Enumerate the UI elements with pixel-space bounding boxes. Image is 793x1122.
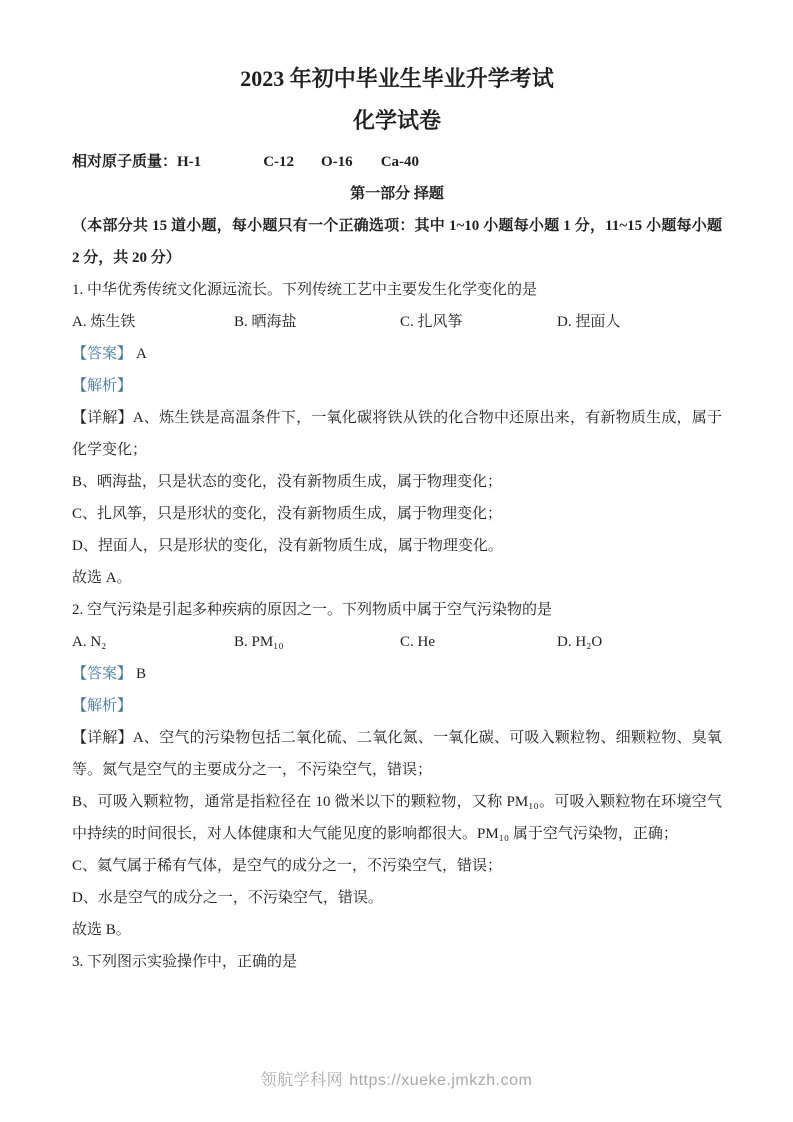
detail-line: D、捏面人，只是形状的变化，没有新物质生成，属于物理变化。	[72, 530, 722, 562]
footer-site-name: 领航学科网	[261, 1072, 344, 1089]
question-2: 2. 空气污染是引起多种疾病的原因之一。下列物质中属于空气污染物的是 A. N₂…	[72, 594, 722, 946]
analysis-line: 【解析】	[72, 370, 722, 402]
detail-line: 【详解】A、炼生铁是高温条件下，一氧化碳将铁从铁的化合物中还原出来，有新物质生成…	[72, 402, 722, 466]
footer-watermark: 领航学科网https://xueke.jmkzh.com	[0, 1067, 793, 1090]
question-stem: 3. 下列图示实验操作中，正确的是	[72, 946, 722, 978]
document-title: 2023 年初中毕业生毕业升学考试	[72, 64, 722, 94]
analysis-label: 【解析】	[72, 698, 132, 714]
analysis-line: 【解析】	[72, 690, 722, 722]
option-a: A. 炼生铁	[72, 306, 234, 338]
footer-url: https://xueke.jmkzh.com	[349, 1072, 532, 1089]
atomic-mass-c: C-12	[263, 154, 294, 170]
answer-line: 【答案】B	[72, 658, 722, 690]
question-stem: 1. 中华优秀传统文化源远流长。下列传统工艺中主要发生化学变化的是	[72, 274, 722, 306]
option-d: D. 捏面人	[557, 306, 722, 338]
atomic-mass-ca: Ca-40	[381, 154, 419, 170]
detail-conclusion: 故选 B。	[72, 914, 722, 946]
answer-label: 【答案】	[72, 346, 132, 362]
answer-value: B	[136, 666, 146, 682]
question-stem: 2. 空气污染是引起多种疾病的原因之一。下列物质中属于空气污染物的是	[72, 594, 722, 626]
document-subtitle: 化学试卷	[72, 106, 722, 136]
answer-label: 【答案】	[72, 666, 132, 682]
detail-line: 【详解】A、空气的污染物包括二氧化硫、二氧化氮、一氧化碳、可吸入颗粒物、细颗粒物…	[72, 722, 722, 786]
options-row: A. 炼生铁 B. 晒海盐 C. 扎风筝 D. 捏面人	[72, 306, 722, 338]
option-b: B. 晒海盐	[234, 306, 400, 338]
option-d: D. H₂O	[557, 626, 722, 658]
atomic-mass-line: 相对原子质量：H-1C-12O-16Ca-40	[72, 146, 722, 178]
atomic-mass-label: 相对原子质量：	[72, 154, 177, 170]
option-c: C. 扎风筝	[400, 306, 557, 338]
detail-line: C、氦气属于稀有气体，是空气的成分之一，不污染空气，错误；	[72, 850, 722, 882]
detail-line: B、晒海盐，只是状态的变化，没有新物质生成，属于物理变化；	[72, 466, 722, 498]
options-row: A. N₂ B. PM₁₀ C. He D. H₂O	[72, 626, 722, 658]
detail-line: B、可吸入颗粒物，通常是指粒径在 10 微米以下的颗粒物，又称 PM₁₀。可吸入…	[72, 786, 722, 850]
answer-line: 【答案】A	[72, 338, 722, 370]
answer-value: A	[136, 346, 147, 362]
atomic-mass-o: O-16	[321, 154, 353, 170]
question-1: 1. 中华优秀传统文化源远流长。下列传统工艺中主要发生化学变化的是 A. 炼生铁…	[72, 274, 722, 594]
section-header: 第一部分 择题	[72, 178, 722, 210]
detail-line: C、扎风筝，只是形状的变化，没有新物质生成，属于物理变化；	[72, 498, 722, 530]
question-3: 3. 下列图示实验操作中，正确的是	[72, 946, 722, 978]
option-b: B. PM₁₀	[234, 626, 400, 658]
option-a: A. N₂	[72, 626, 234, 658]
atomic-mass-h: H-1	[177, 154, 201, 170]
exam-document-page: 2023 年初中毕业生毕业升学考试 化学试卷 相对原子质量：H-1C-12O-1…	[0, 0, 793, 1122]
option-c: C. He	[400, 626, 557, 658]
detail-line: D、水是空气的成分之一，不污染空气，错误。	[72, 882, 722, 914]
detail-conclusion: 故选 A。	[72, 562, 722, 594]
analysis-label: 【解析】	[72, 378, 132, 394]
section-note: （本部分共 15 道小题，每小题只有一个正确选项：其中 1~10 小题每小题 1…	[72, 210, 722, 274]
